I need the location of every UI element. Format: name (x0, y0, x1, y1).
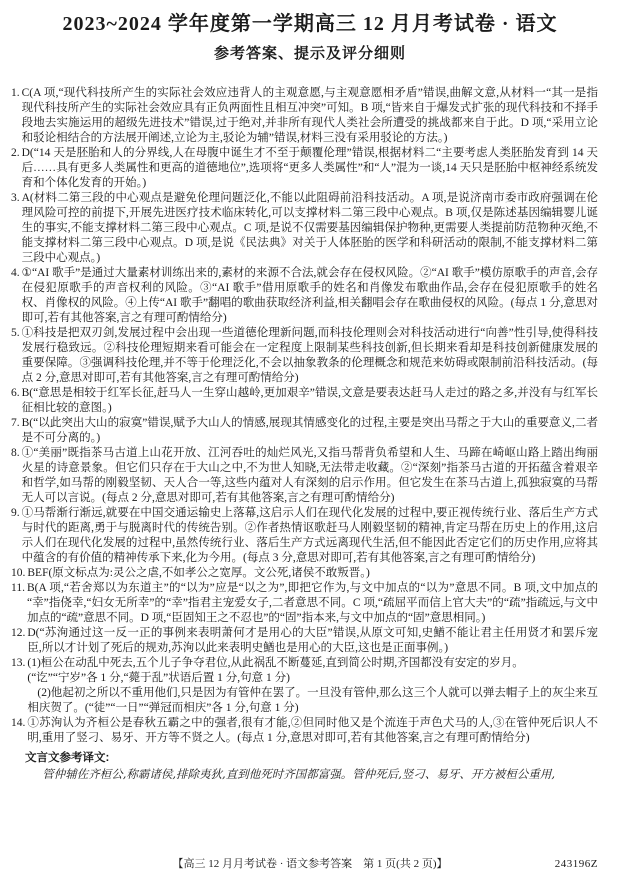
answer-number: 7. (11, 416, 20, 431)
answer-paragraph: B(“以此突出大山的寂寞”错误,赋予大山人的情感,展现其情感变化的过程,主要是突… (22, 416, 598, 446)
answer-item: 13.(1)桓公在动乱中死去,五个儿子争夺君位,从此祸乱不断蔓延,直到简公时期,… (11, 656, 598, 716)
answer-number: 10. (11, 566, 25, 581)
answer-number: 6. (11, 386, 20, 401)
answer-text: C(A 项,“现代科技所产生的实际社会效应违背人的主观意愿,与主观意愿相矛盾”错… (22, 86, 598, 146)
answers-list: 1.C(A 项,“现代科技所产生的实际社会效应违背人的主观意愿,与主观意愿相矛盾… (11, 86, 598, 746)
footer-caption: 【高三 12 月月考试卷 · 语文参考答案 第 1 页(共 2 页)】 (173, 858, 448, 870)
answer-paragraph: (2)他起初之所以不重用他们,只是因为有管仲在罢了。一旦没有管仲,那么这三个人就… (27, 686, 598, 716)
answer-number: 12. (11, 626, 25, 641)
footer-code: 243196Z (555, 857, 598, 872)
answer-number: 1. (11, 86, 20, 101)
answer-item: 12.D(“苏洵通过这一反一正的事例来表明萧何才是用心的大臣”错误,从原文可知,… (11, 626, 598, 656)
translation-paragraphs: 管仲辅佐齐桓公,称霸诸侯,排除夷狄,直到他死时齐国都富强。管仲死后,竖刁、易牙、… (25, 767, 598, 782)
answer-paragraph: (“讫”“宁岁”各 1 分,“薨于乱”状语后置 1 分,句意 1 分) (27, 671, 598, 686)
answer-text: ①“美丽”既指茶马古道上山花开放、江河吞吐的灿烂风光,又指马帮背负希望和人生、马… (22, 446, 598, 506)
answer-text: D(“苏洵通过这一反一正的事例来表明萧何才是用心的大臣”错误,从原文可知,史鰌不… (27, 626, 598, 656)
answer-text: D(“14 天是胚胎和人的分界线,人在母腹中诞生才不至于颠覆伦理”错误,根据材料… (22, 146, 598, 191)
answer-paragraph: ①“AI 歌手”是通过大量素材训练出来的,素材的来源不合法,就会存在侵权风险。②… (22, 266, 598, 326)
answer-item: 2.D(“14 天是胚胎和人的分界线,人在母腹中诞生才不至于颠覆伦理”错误,根据… (11, 146, 598, 191)
answer-paragraph: ①马帮渐行渐远,就要在中国交通运输史上落幕,这启示人们在现代化发展的过程中,要正… (22, 506, 598, 566)
answer-item: 5.①科技是把双刃剑,发展过程中会出现一些道德伦理新问题,而科技伦理则会对科技活… (11, 326, 598, 386)
answer-paragraph: BEF(原文标点为:灵公之虐,不如孝公之宽厚。文公死,诸侯不敢叛晋。) (27, 566, 598, 581)
answer-text: ①苏洵认为齐桓公是春秋五霸之中的强者,很有才能,②但同时他又是个流连于声色犬马的… (27, 716, 598, 746)
answer-text: ①科技是把双刃剑,发展过程中会出现一些道德伦理新问题,而科技伦理则会对科技活动进… (22, 326, 598, 386)
answer-item: 11.B(A 项,“若舍郑以为东道主”的“以为”应是“以之为”,即把它作为,与文… (11, 581, 598, 626)
answer-number: 8. (11, 446, 20, 461)
page-footer: 【高三 12 月月考试卷 · 语文参考答案 第 1 页(共 2 页)】 2431… (0, 857, 620, 872)
translation-section: 文言文参考译文: 管仲辅佐齐桓公,称霸诸侯,排除夷狄,直到他死时齐国都富强。管仲… (25, 751, 598, 782)
answer-number: 11. (11, 581, 25, 596)
answer-paragraph: ①科技是把双刃剑,发展过程中会出现一些道德伦理新问题,而科技伦理则会对科技活动进… (22, 326, 598, 386)
answer-item: 9.①马帮渐行渐远,就要在中国交通运输史上落幕,这启示人们在现代化发展的过程中,… (11, 506, 598, 566)
answer-item: 1.C(A 项,“现代科技所产生的实际社会效应违背人的主观意愿,与主观意愿相矛盾… (11, 86, 598, 146)
answer-paragraph: C(A 项,“现代科技所产生的实际社会效应违背人的主观意愿,与主观意愿相矛盾”错… (22, 86, 598, 146)
answer-number: 4. (11, 266, 20, 281)
answer-item: 4.①“AI 歌手”是通过大量素材训练出来的,素材的来源不合法,就会存在侵权风险… (11, 266, 598, 326)
answer-item: 6.B(“意思是相较于红军长征,赶马人一生穿山越岭,更加艰辛”错误,文意是要表达… (11, 386, 598, 416)
answer-text: A(材料二第三段的中心观点是避免伦理问题泛化,不能以此阻碍前沿科技活动。A 项,… (22, 191, 598, 266)
answer-text: (1)桓公在动乱中死去,五个儿子争夺君位,从此祸乱不断蔓延,直到简公时期,齐国都… (27, 656, 598, 716)
answer-number: 14. (11, 716, 25, 731)
answer-number: 5. (11, 326, 20, 341)
answer-paragraph: D(“苏洵通过这一反一正的事例来表明萧何才是用心的大臣”错误,从原文可知,史鰌不… (27, 626, 598, 656)
answer-paragraph: B(“意思是相较于红军长征,赶马人一生穿山越岭,更加艰辛”错误,文意是要表达赶马… (22, 386, 598, 416)
answer-paragraph: ①“美丽”既指茶马古道上山花开放、江河吞吐的灿烂风光,又指马帮背负希望和人生、马… (22, 446, 598, 506)
answer-paragraph: B(A 项,“若舍郑以为东道主”的“以为”应是“以之为”,即把它作为,与文中加点… (27, 581, 598, 626)
answer-text: BEF(原文标点为:灵公之虐,不如孝公之宽厚。文公死,诸侯不敢叛晋。) (27, 566, 598, 581)
page-subtitle: 参考答案、提示及评分细则 (0, 44, 620, 64)
answer-item: 14.①苏洵认为齐桓公是春秋五霸之中的强者,很有才能,②但同时他又是个流连于声色… (11, 716, 598, 746)
answer-number: 13. (11, 656, 25, 671)
answer-item: 10.BEF(原文标点为:灵公之虐,不如孝公之宽厚。文公死,诸侯不敢叛晋。) (11, 566, 598, 581)
answer-number: 9. (11, 506, 20, 521)
answer-item: 3.A(材料二第三段的中心观点是避免伦理问题泛化,不能以此阻碍前沿科技活动。A … (11, 191, 598, 266)
answer-paragraph: D(“14 天是胚胎和人的分界线,人在母腹中诞生才不至于颠覆伦理”错误,根据材料… (22, 146, 598, 191)
answer-paragraph: (1)桓公在动乱中死去,五个儿子争夺君位,从此祸乱不断蔓延,直到简公时期,齐国都… (27, 656, 598, 671)
answer-paragraph: A(材料二第三段的中心观点是避免伦理问题泛化,不能以此阻碍前沿科技活动。A 项,… (22, 191, 598, 266)
answer-sheet-page: 2023~2024 学年度第一学期高三 12 月月考试卷 · 语文 参考答案、提… (0, 0, 620, 883)
answer-text: ①马帮渐行渐远,就要在中国交通运输史上落幕,这启示人们在现代化发展的过程中,要正… (22, 506, 598, 566)
answer-number: 3. (11, 191, 20, 206)
answer-text: B(A 项,“若舍郑以为东道主”的“以为”应是“以之为”,即把它作为,与文中加点… (27, 581, 598, 626)
answer-text: B(“意思是相较于红军长征,赶马人一生穿山越岭,更加艰辛”错误,文意是要表达赶马… (22, 386, 598, 416)
answer-text: ①“AI 歌手”是通过大量素材训练出来的,素材的来源不合法,就会存在侵权风险。②… (22, 266, 598, 326)
translation-heading: 文言文参考译文: (25, 751, 598, 766)
answer-item: 8.①“美丽”既指茶马古道上山花开放、江河吞吐的灿烂风光,又指马帮背负希望和人生… (11, 446, 598, 506)
answer-number: 2. (11, 146, 20, 161)
answer-item: 7.B(“以此突出大山的寂寞”错误,赋予大山人的情感,展现其情感变化的过程,主要… (11, 416, 598, 446)
page-title: 2023~2024 学年度第一学期高三 12 月月考试卷 · 语文 (0, 0, 620, 37)
answer-paragraph: ①苏洵认为齐桓公是春秋五霸之中的强者,很有才能,②但同时他又是个流连于声色犬马的… (27, 716, 598, 746)
translation-paragraph: 管仲辅佐齐桓公,称霸诸侯,排除夷狄,直到他死时齐国都富强。管仲死后,竖刁、易牙、… (25, 767, 598, 782)
answer-text: B(“以此突出大山的寂寞”错误,赋予大山人的情感,展现其情感变化的过程,主要是突… (22, 416, 598, 446)
